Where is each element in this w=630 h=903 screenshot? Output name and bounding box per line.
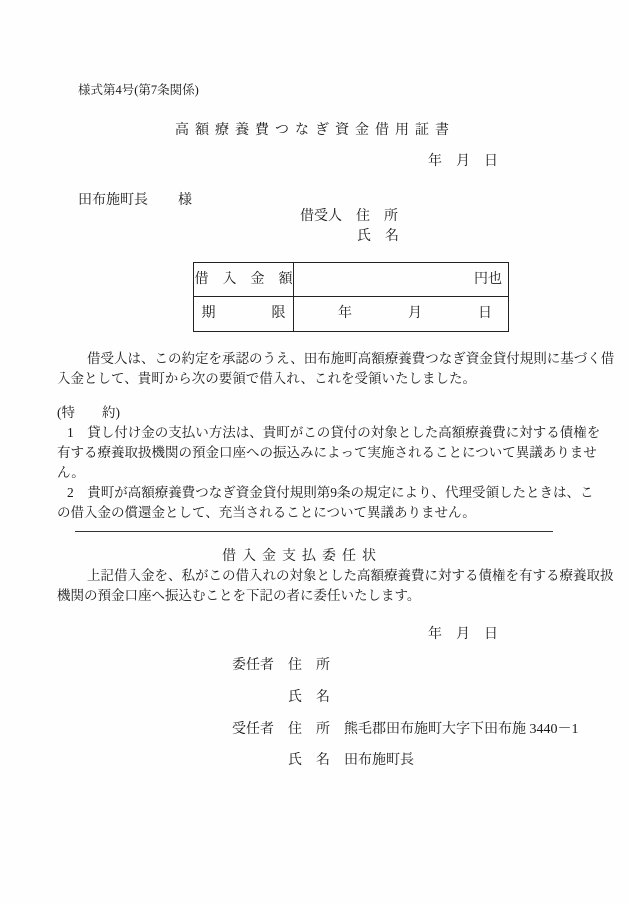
certificate-paragraph: 借受人は、この約定を承認のうえ、田布施町高額療養費つなぎ資金貸付規則に基づく借入… bbox=[57, 349, 623, 389]
document-page: 様式第4号(第7条関係) 高額療養費つなぎ資金借用証書 年 月 日 田布施町長様… bbox=[0, 0, 630, 903]
mandatary-name-label: 氏 名 bbox=[288, 753, 330, 768]
form-number: 様式第4号(第7条関係) bbox=[78, 80, 199, 98]
certificate-body: 借受人は、この約定を承認のうえ、田布施町高額療養費つなぎ資金貸付規則に基づく借入… bbox=[57, 349, 623, 523]
mandatary-name-row: 氏 名田布施町長 bbox=[288, 749, 414, 769]
mandatary-name: 田布施町長 bbox=[344, 753, 414, 768]
mandator-label: 委任者 bbox=[232, 658, 274, 673]
mandatary-label: 受任者 bbox=[232, 722, 274, 737]
addressee-honorific: 様 bbox=[178, 193, 192, 208]
mandatary-address-row: 受任者住 所熊毛郡田布施町大字下田布施 3440－1 bbox=[232, 718, 579, 738]
loan-table: 借 入 金 額 円也 期 限 年 月 日 bbox=[193, 262, 509, 332]
mandator-address-row: 委任者住 所 bbox=[232, 654, 330, 674]
certificate-date-line: 年 月 日 bbox=[428, 150, 498, 170]
term-value-cell: 年 月 日 bbox=[294, 297, 508, 331]
spacer bbox=[57, 389, 623, 403]
mandate-date-line: 年 月 日 bbox=[428, 623, 498, 643]
addressee-line: 田布施町長様 bbox=[78, 189, 192, 209]
addressee: 田布施町長 bbox=[78, 193, 148, 208]
borrower-address-label: 住 所 bbox=[356, 209, 398, 224]
certificate-title: 高額療養費つなぎ資金借用証書 bbox=[0, 119, 630, 139]
borrower-label: 借受人 bbox=[300, 209, 342, 224]
amount-label-cell: 借 入 金 額 bbox=[194, 263, 294, 297]
mandatary-address: 熊毛郡田布施町大字下田布施 3440－1 bbox=[344, 722, 579, 737]
term-label-cell: 期 限 bbox=[194, 297, 294, 331]
mandator-name-label: 氏 名 bbox=[288, 686, 330, 706]
mandate-title: 借入金支払委任状 bbox=[0, 545, 630, 565]
provisions-heading: (特 約) bbox=[57, 403, 623, 423]
provision-2: 2 貴町が高額療養費つなぎ資金貸付規則第9条の規定により、代理受領したときは、こ… bbox=[57, 483, 623, 523]
mandate-paragraph: 上記借入金を、私がこの借入れの対象とした高額療養費に対する債権を有する療養取扱機… bbox=[57, 566, 623, 606]
borrower-name-label: 氏 名 bbox=[357, 225, 399, 245]
mandator-address-label: 住 所 bbox=[288, 658, 330, 673]
amount-value-cell: 円也 bbox=[294, 263, 508, 297]
provision-1: 1 貸し付け金の支払い方法は、貴町がこの貸付の対象とした高額療養費に対する債権を… bbox=[57, 423, 623, 483]
borrower-address-row: 借受人住 所 bbox=[300, 205, 398, 225]
mandate-body: 上記借入金を、私がこの借入れの対象とした高額療養費に対する債権を有する療養取扱機… bbox=[57, 566, 623, 606]
section-divider bbox=[75, 531, 553, 532]
mandatary-address-label: 住 所 bbox=[288, 722, 330, 737]
